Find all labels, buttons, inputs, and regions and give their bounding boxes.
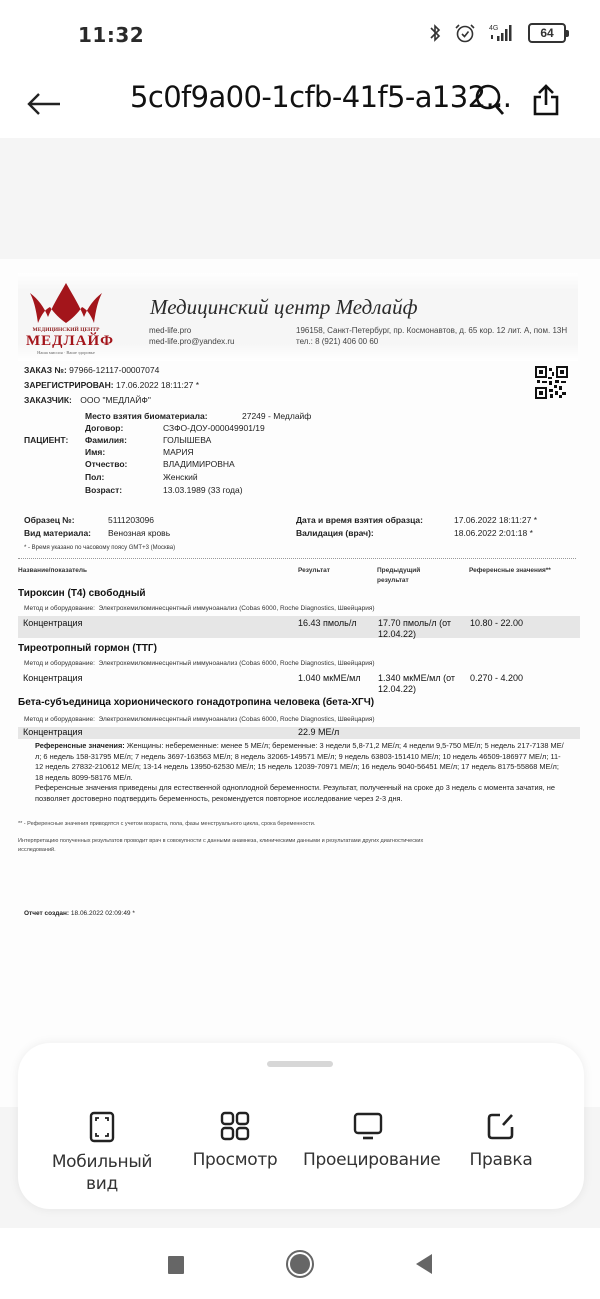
system-nav-bar — [0, 1228, 600, 1299]
document-title: 5c0f9a00-1cfb-41f5-a132... — [130, 80, 511, 114]
app-bar: 5c0f9a00-1cfb-41f5-a132... — [0, 70, 600, 138]
back-icon — [414, 1253, 434, 1275]
clinic-phone: тел.: 8 (921) 406 00 60 — [296, 336, 567, 347]
field-label-age: Возраст: — [85, 485, 122, 495]
recents-icon — [166, 1254, 186, 1274]
logo-brand-text: МЕДЛАЙФ — [26, 333, 106, 350]
projection-button[interactable]: Проецирование — [303, 1111, 433, 1171]
clinic-contacts-address: 196158, Санкт-Петербург, пр. Космонавтов… — [296, 325, 567, 347]
dotted-divider — [18, 558, 576, 559]
battery-indicator: 64 — [528, 23, 566, 43]
test-method-tsh: Метод и оборудование: Электрохемилюминес… — [24, 660, 375, 667]
clinic-logo: МЕДИЦИНСКИЙ ЦЕНТР МЕДЛАЙФ Наша миссия · … — [26, 279, 106, 359]
clinic-email: med-life.pro@yandex.ru — [149, 336, 235, 347]
col-header-previous: Предыдущий результат — [377, 566, 437, 586]
field-label-biomaterial-place: Место взятия биоматериала: — [85, 411, 208, 421]
hcg-reference-values: Референсные значения: Женщины: неберемен… — [35, 741, 565, 804]
status-time: 11:32 — [78, 23, 144, 47]
signal-4g-icon: 4G — [488, 23, 516, 43]
clinic-name: Медицинский центр Медлайф — [150, 295, 418, 320]
sample-material-label: Вид материала: — [24, 528, 91, 538]
screen: 11:32 4G 64 5c0f9a00-1cfb-41f5-a132... — [0, 0, 600, 1299]
field-label-sex: Пол: — [85, 472, 104, 482]
order-number: ЗАКАЗ №: 97966-12117-00007074 — [24, 365, 159, 375]
search-button[interactable] — [470, 80, 510, 120]
bottom-action-sheet: Мобильный вид Просмотр Проецирование Пра… — [18, 1043, 584, 1209]
edit-button[interactable]: Правка — [436, 1111, 566, 1171]
test-title-t4: Тироксин (Т4) свободный — [18, 588, 146, 599]
field-value-sex: Женский — [163, 472, 198, 482]
timezone-note: * - Время указано по часовому поясу GMT+… — [24, 545, 175, 551]
svg-text:4G: 4G — [489, 25, 498, 32]
home-icon — [285, 1249, 315, 1279]
sample-validation-label: Валидация (врач): — [296, 528, 374, 538]
home-button[interactable] — [280, 1244, 320, 1284]
search-icon — [474, 83, 506, 117]
grid-view-icon — [220, 1111, 250, 1141]
mobile-view-icon — [88, 1111, 116, 1143]
share-button[interactable] — [526, 78, 566, 122]
field-label-surname: Фамилия: — [85, 435, 127, 445]
result-row-hcg: Концентрация 22.9 МЕ/л — [18, 727, 580, 739]
field-label-name: Имя: — [85, 447, 105, 457]
sample-material: Венозная кровь — [108, 528, 170, 538]
recents-button[interactable] — [156, 1244, 196, 1284]
bluetooth-icon — [428, 23, 442, 43]
clinic-letterhead: МЕДИЦИНСКИЙ ЦЕНТР МЕДЛАЙФ Наша миссия · … — [18, 273, 578, 361]
test-method-t4: Метод и оборудование: Электрохемилюминес… — [24, 605, 375, 612]
sample-taken: 17.06.2022 18:11:27 * — [454, 515, 537, 525]
sample-number: 5111203096 — [108, 515, 154, 525]
alarm-icon — [454, 22, 476, 44]
status-bar: 11:32 4G 64 — [0, 0, 600, 70]
clinic-site: med-life.pro — [149, 325, 235, 336]
reference-footnote: ** - Референсные значения приводятся с у… — [18, 820, 578, 829]
clinic-contacts-web: med-life.pro med-life.pro@yandex.ru — [149, 325, 235, 347]
status-icons: 4G 64 — [428, 22, 566, 44]
interpretation-note: Интерпретацию полученных результатов про… — [18, 837, 428, 855]
document-page[interactable]: МЕДИЦИНСКИЙ ЦЕНТР МЕДЛАЙФ Наша миссия · … — [0, 259, 600, 1107]
field-label-patronymic: Отчество: — [85, 459, 127, 469]
result-row-t4: Концентрация 16.43 пмоль/л 17.70 пмоль/л… — [18, 616, 580, 638]
test-method-hcg: Метод и оборудование: Электрохемилюминес… — [24, 716, 375, 723]
sample-number-label: Образец №: — [24, 515, 75, 525]
share-icon — [532, 83, 560, 117]
back-button[interactable] — [22, 82, 66, 126]
back-nav-button[interactable] — [404, 1244, 444, 1284]
sample-validation: 18.06.2022 2:01:18 * — [454, 528, 533, 538]
col-header-name: Название/показатель — [18, 566, 87, 576]
edit-icon — [486, 1111, 516, 1141]
order-customer: ЗАКАЗЧИК: ООО "МЕДЛАЙФ" — [24, 395, 151, 405]
mobile-view-button[interactable]: Мобильный вид — [37, 1111, 167, 1195]
sample-taken-label: Дата и время взятия образца: — [296, 515, 423, 525]
report-created: Отчет создан: 18.06.2022 02:09:49 * — [24, 910, 135, 917]
viewer-background-top — [0, 138, 600, 259]
qr-code-icon — [535, 366, 568, 399]
field-value-age: 13.03.1989 (33 года) — [163, 485, 243, 495]
hcg-reference-note: Референсные значения приведены для естес… — [35, 783, 565, 804]
patient-label: ПАЦИЕНТ: — [24, 435, 68, 445]
field-value-contract: СЗФО-ДОУ-000049901/19 — [163, 423, 265, 433]
preview-button[interactable]: Просмотр — [170, 1111, 300, 1171]
clinic-address: 196158, Санкт-Петербург, пр. Космонавтов… — [296, 325, 567, 336]
monitor-icon — [352, 1111, 384, 1141]
test-title-hcg: Бета-субъединица хорионического гонадотр… — [18, 697, 374, 708]
field-value-patronymic: ВЛАДИМИРОВНА — [163, 459, 235, 469]
order-registered: ЗАРЕГИСТРИРОВАН: 17.06.2022 18:11:27 * — [24, 380, 199, 390]
col-header-reference: Референсные значения** — [469, 566, 551, 576]
logo-slogan: Наша миссия · Ваше здоровье — [26, 350, 106, 355]
test-title-tsh: Тиреотропный гормон (ТТГ) — [18, 643, 157, 654]
sheet-drag-handle[interactable] — [267, 1061, 333, 1067]
field-value-surname: ГОЛЫШЕВА — [163, 435, 211, 445]
field-label-contract: Договор: — [85, 423, 123, 433]
result-row-tsh: Концентрация 1.040 мкМЕ/мл 1.340 мкМЕ/мл… — [18, 671, 580, 693]
arrow-left-icon — [26, 92, 62, 116]
crown-logo-icon — [26, 279, 106, 327]
field-value-biomaterial-place: 27249 - Медлайф — [242, 411, 311, 421]
field-value-name: МАРИЯ — [163, 447, 194, 457]
col-header-result: Результат — [298, 566, 330, 576]
